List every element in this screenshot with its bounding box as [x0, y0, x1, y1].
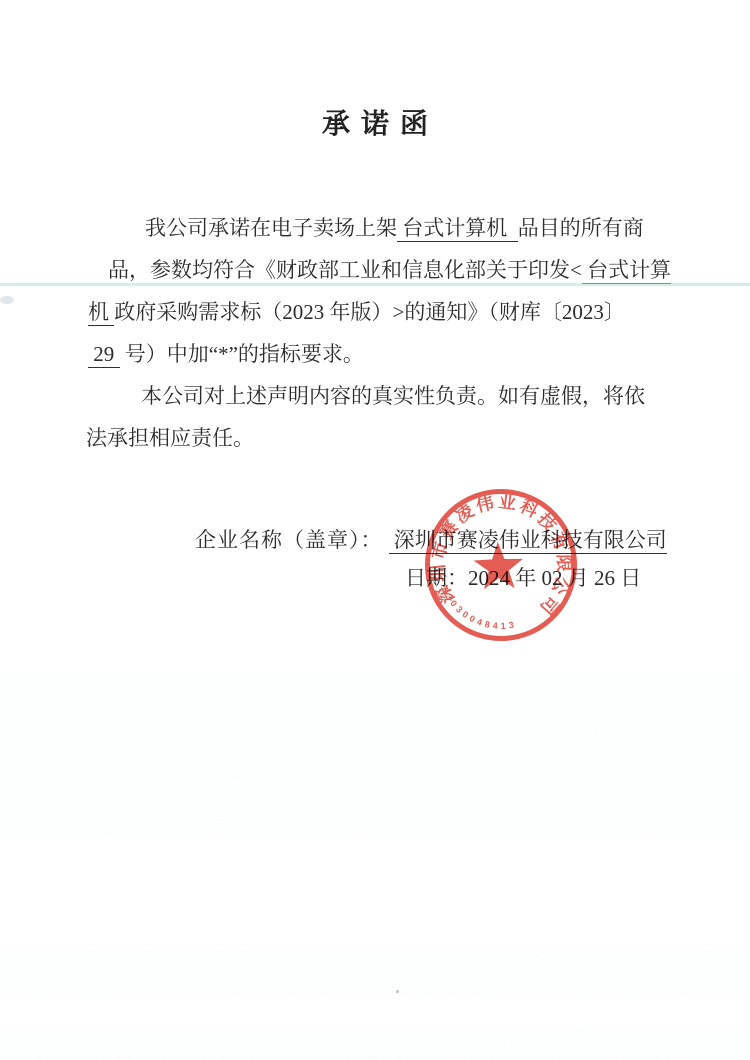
body-line-3: 机 政府采购需求标（2023 年版）>的通知》（财库〔2023〕	[86, 291, 686, 333]
body-line-5: 本公司对上述声明内容的真实性负责。如有虚假，将依	[86, 375, 686, 417]
line1-text: 我公司承诺在电子卖场上架	[145, 216, 397, 240]
line2-filled-blank: 台式计算	[582, 259, 671, 284]
line3-text: 政府采购需求标（2023 年版）>的通知》（财库〔2023〕	[114, 300, 625, 324]
date-label: 日期：	[405, 566, 468, 590]
line4-filled-blank: 29	[88, 343, 120, 368]
company-name-value: 深圳市赛凌伟业科技有限公司	[389, 529, 667, 554]
body-line-6: 法承担相应责任。	[86, 417, 686, 459]
company-name-label: 企业名称（盖章）：	[195, 528, 383, 552]
document-title: 承诺函	[0, 102, 750, 142]
line3-filled-blank: 机	[88, 301, 114, 326]
date-row: 日期：2024 年 02 月 26 日	[405, 564, 641, 593]
signature-row: 企业名称（盖章）： 深圳市赛凌伟业科技有限公司	[195, 526, 667, 555]
line5-text: 本公司对上述声明内容的真实性负责。如有虚假，将依	[141, 384, 645, 408]
body-paragraph: 我公司承诺在电子卖场上架 台式计算机 品目的所有商 品，参数均符合《财政部工业和…	[86, 207, 686, 459]
scan-speck-artifact	[396, 990, 399, 993]
scan-smudge-artifact	[0, 296, 14, 304]
scan-noise-band-bottom	[0, 1028, 750, 1060]
line1-filled-blank: 台式计算机	[397, 217, 518, 242]
scan-noise-band-middle	[0, 672, 750, 837]
line2-text: 品，参数均符合《财政部工业和信息化部关于印发<	[108, 258, 582, 282]
scanned-document-page: { "document": { "title": "承诺函", "paragra…	[0, 0, 750, 1060]
scan-noise-band-lower	[0, 950, 750, 995]
body-line-4: 29 号）中加“*”的指标要求。	[86, 333, 686, 375]
line4-text: 号）中加“*”的指标要求。	[120, 342, 364, 366]
date-value: 2024 年 02 月 26 日	[468, 566, 641, 590]
line1-text-after: 品目的所有商	[518, 216, 644, 240]
scan-line-artifact	[0, 283, 750, 286]
body-line-1: 我公司承诺在电子卖场上架 台式计算机 品目的所有商	[86, 207, 686, 249]
line6-text: 法承担相应责任。	[86, 426, 254, 450]
